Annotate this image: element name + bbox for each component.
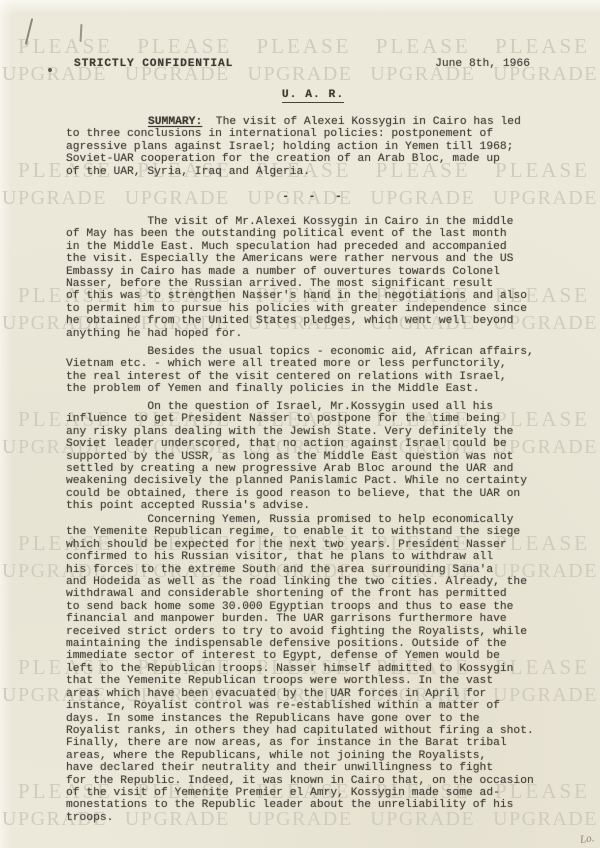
summary-text: The visit of Alexei Kossygin in Cairo ha…: [66, 116, 521, 178]
typed-content: STRICTLY CONFIDENTIAL June 8th, 1966 U. …: [66, 0, 560, 848]
ink-dot-mark: [48, 68, 52, 72]
body-paragraph-1: The visit of Mr.Alexei Kossygin in Cairo…: [66, 216, 560, 340]
body-paragraph-3: On the question of Israel, Mr.Kossygin u…: [66, 401, 560, 513]
section-separator: - - -: [66, 191, 560, 203]
handwritten-initials: Lo.: [579, 832, 595, 846]
document-date: June 8th, 1966: [435, 58, 530, 70]
summary-paragraph: SUMMARY: The visit of Alexei Kossygin in…: [66, 116, 560, 178]
scanned-document-page: PLEASEPLEASEPLEASEPLEASEPLEASEUPGRADEUPG…: [0, 0, 600, 848]
classification-label: STRICTLY CONFIDENTIAL: [74, 58, 233, 70]
page-title: U. A. R.: [66, 89, 560, 103]
body-paragraph-4: Concerning Yemen, Russia promised to hel…: [66, 514, 560, 824]
page-title-text: U. A. R.: [282, 89, 344, 103]
document-header: STRICTLY CONFIDENTIAL June 8th, 1966: [66, 58, 560, 70]
summary-label: SUMMARY:: [148, 116, 202, 128]
body-paragraph-2: Besides the usual topics - economic aid,…: [66, 346, 560, 396]
